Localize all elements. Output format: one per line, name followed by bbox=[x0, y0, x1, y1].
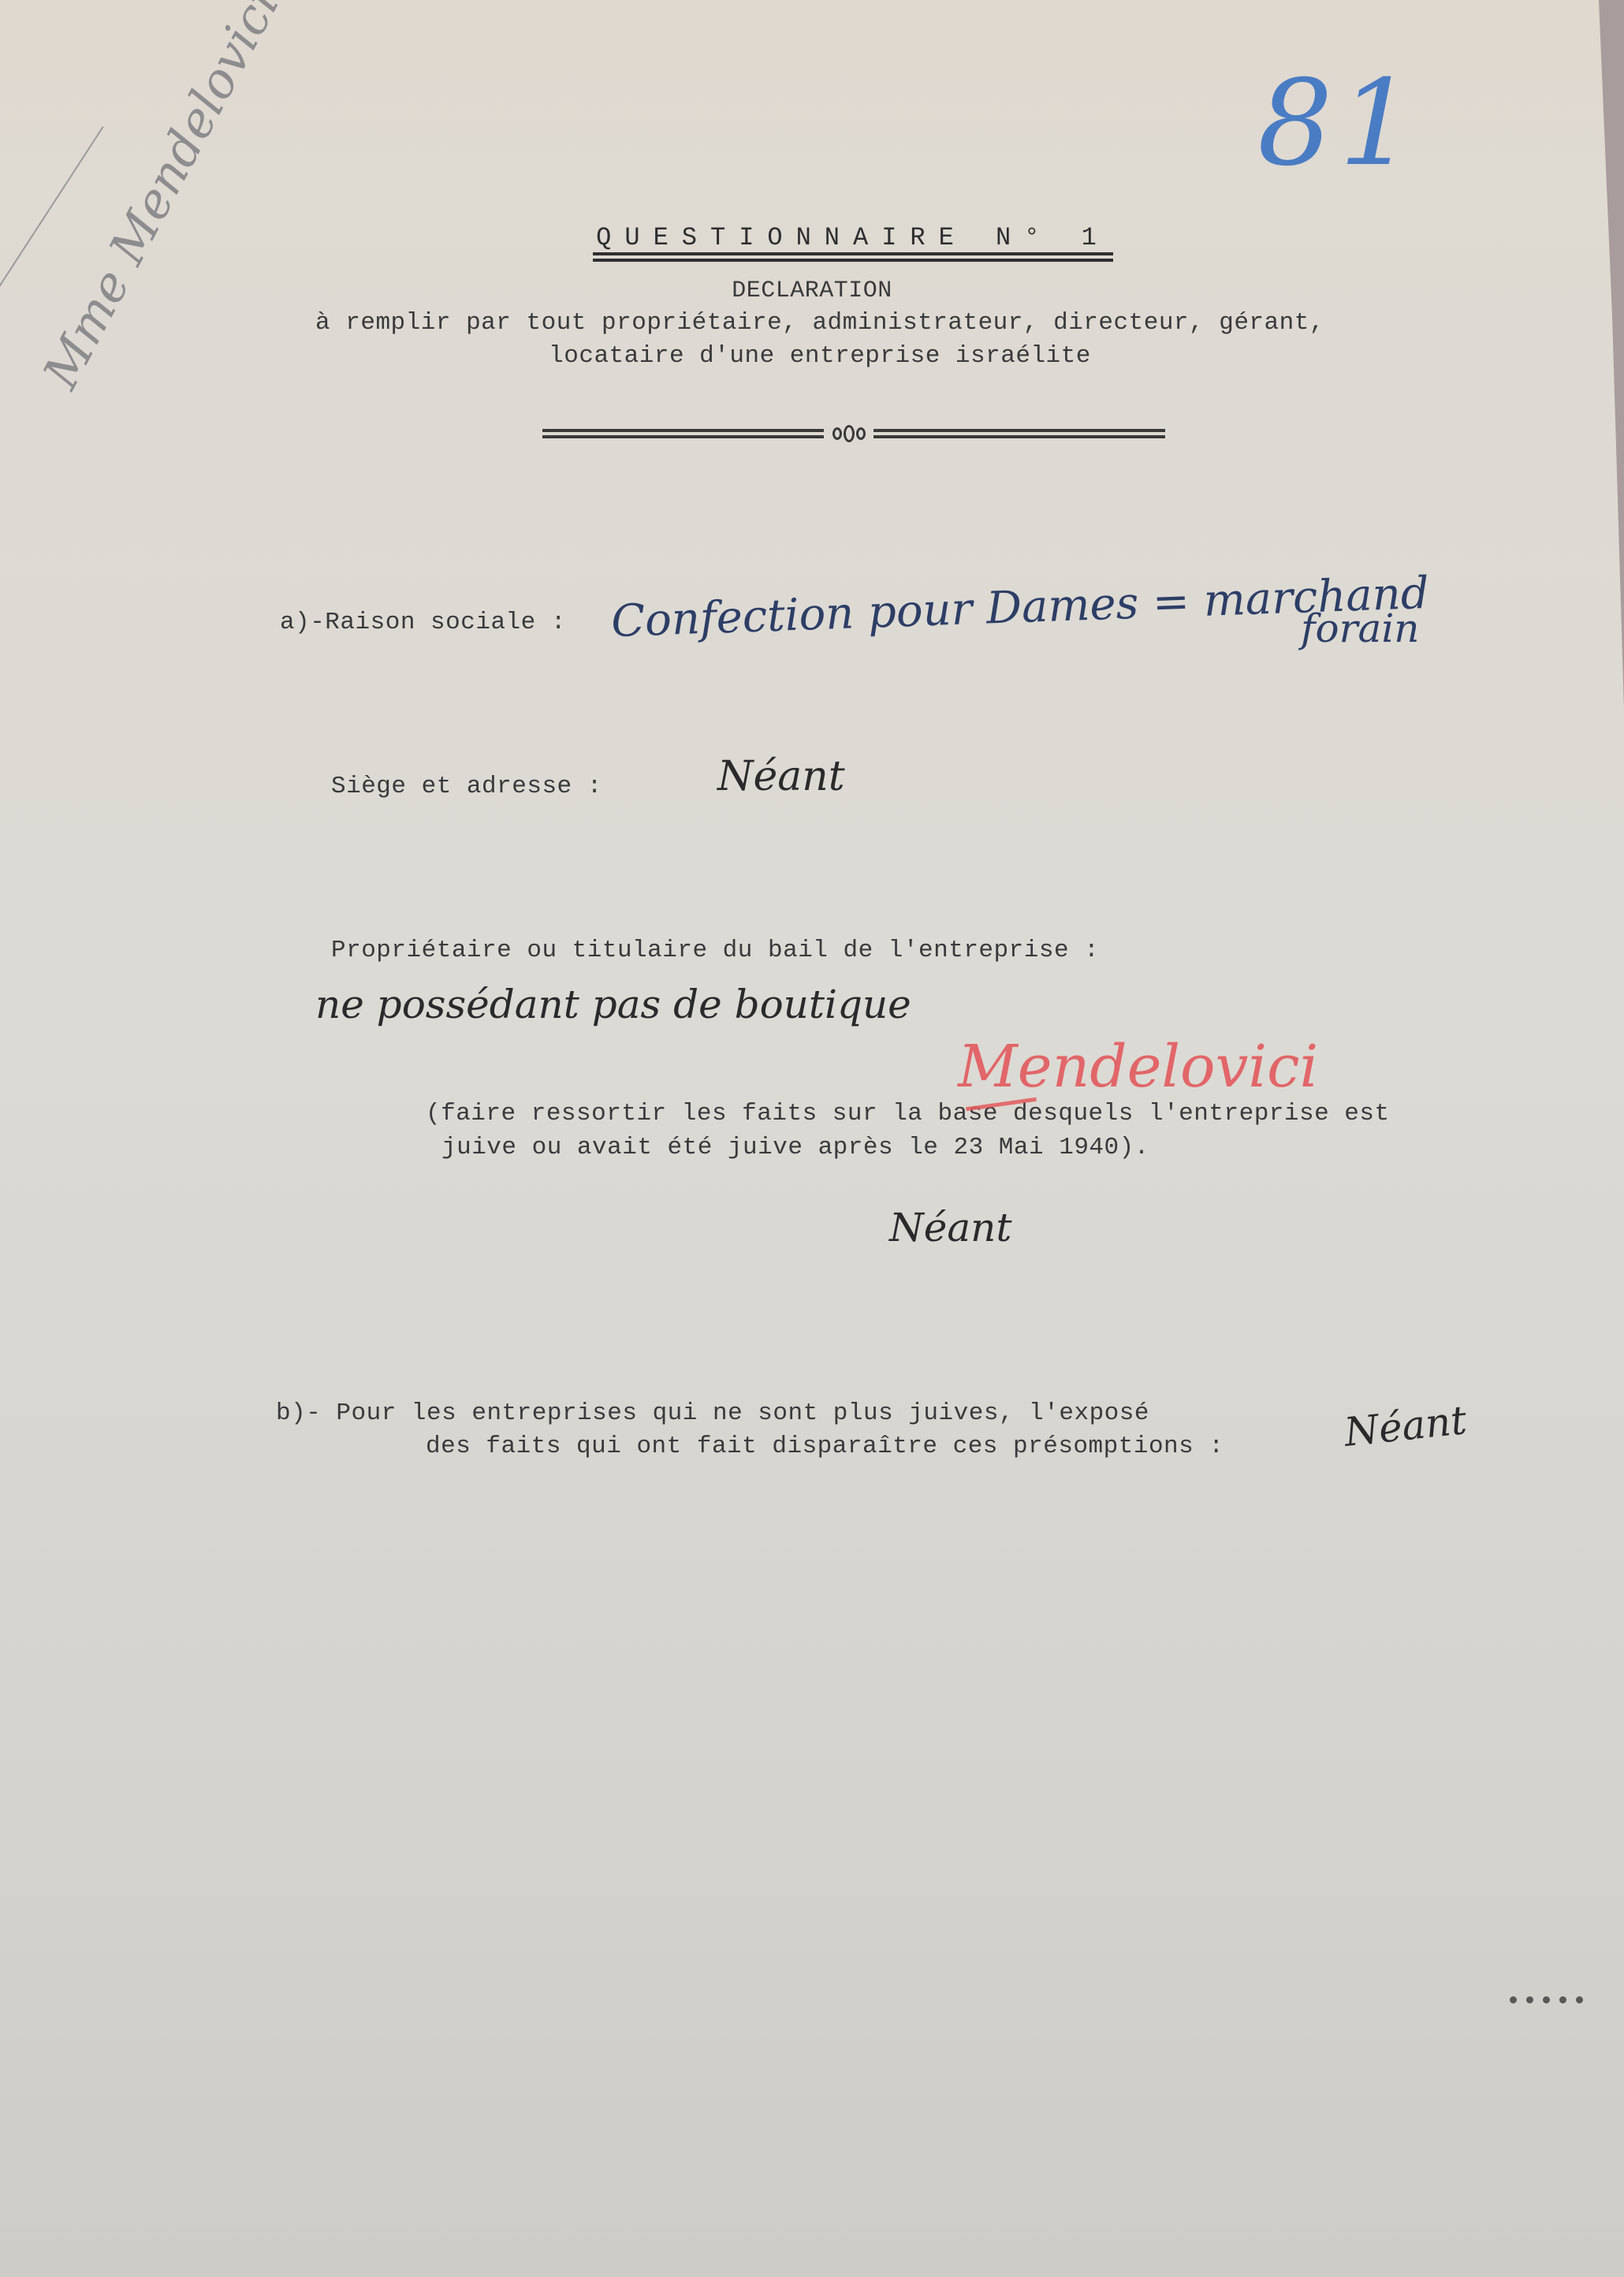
siege-label: Siège et adresse : bbox=[331, 773, 602, 800]
instruction-line-1: à remplir par tout propriétaire, adminis… bbox=[8, 309, 1624, 337]
raison-sociale-value-line-2: forain bbox=[1301, 606, 1420, 651]
note-value: Néant bbox=[889, 1205, 1011, 1250]
section-b-value: Néant bbox=[1342, 1397, 1469, 1455]
note-line-2: juive ou avait été juive après le 23 Mai… bbox=[441, 1134, 1149, 1161]
declaration-heading: DECLARATION bbox=[0, 278, 1624, 304]
instruction-line-2: locataire d'une entreprise israélite bbox=[8, 342, 1624, 370]
red-name-annotation: Mendelovici bbox=[958, 1033, 1318, 1101]
divider-ornament bbox=[826, 424, 872, 443]
ornamental-divider bbox=[542, 424, 1165, 443]
siege-value: Néant bbox=[717, 753, 845, 800]
margin-annotation: Mme Mendelovici bbox=[32, 0, 290, 397]
proprietaire-label: Propriétaire ou titulaire du bail de l'e… bbox=[331, 937, 1099, 964]
note-line-1: (faire ressortir les faits sur la base d… bbox=[426, 1100, 1390, 1127]
note-text-after: desquels l'entreprise est bbox=[998, 1100, 1390, 1127]
section-b-label-line-1: b)- Pour les entreprises qui ne sont plu… bbox=[276, 1399, 1149, 1427]
section-b-label-line-2: des faits qui ont fait disparaître ces p… bbox=[426, 1433, 1224, 1460]
title-underline-1 bbox=[593, 252, 1113, 255]
document-page: Mme Mendelovici 81 QUESTIONNAIRE N° 1 DE… bbox=[0, 0, 1624, 2277]
note-text-before: (faire ressortir les faits sur la bbox=[426, 1100, 938, 1127]
page-number: 81 bbox=[1257, 55, 1421, 192]
title-underline-2 bbox=[593, 259, 1113, 262]
footer-dots bbox=[1510, 1996, 1583, 2003]
page-title: QUESTIONNAIRE N° 1 bbox=[593, 223, 1113, 252]
proprietaire-value: ne possédant pas de boutique bbox=[315, 982, 911, 1027]
raison-sociale-label: a)-Raison sociale : bbox=[280, 609, 566, 636]
